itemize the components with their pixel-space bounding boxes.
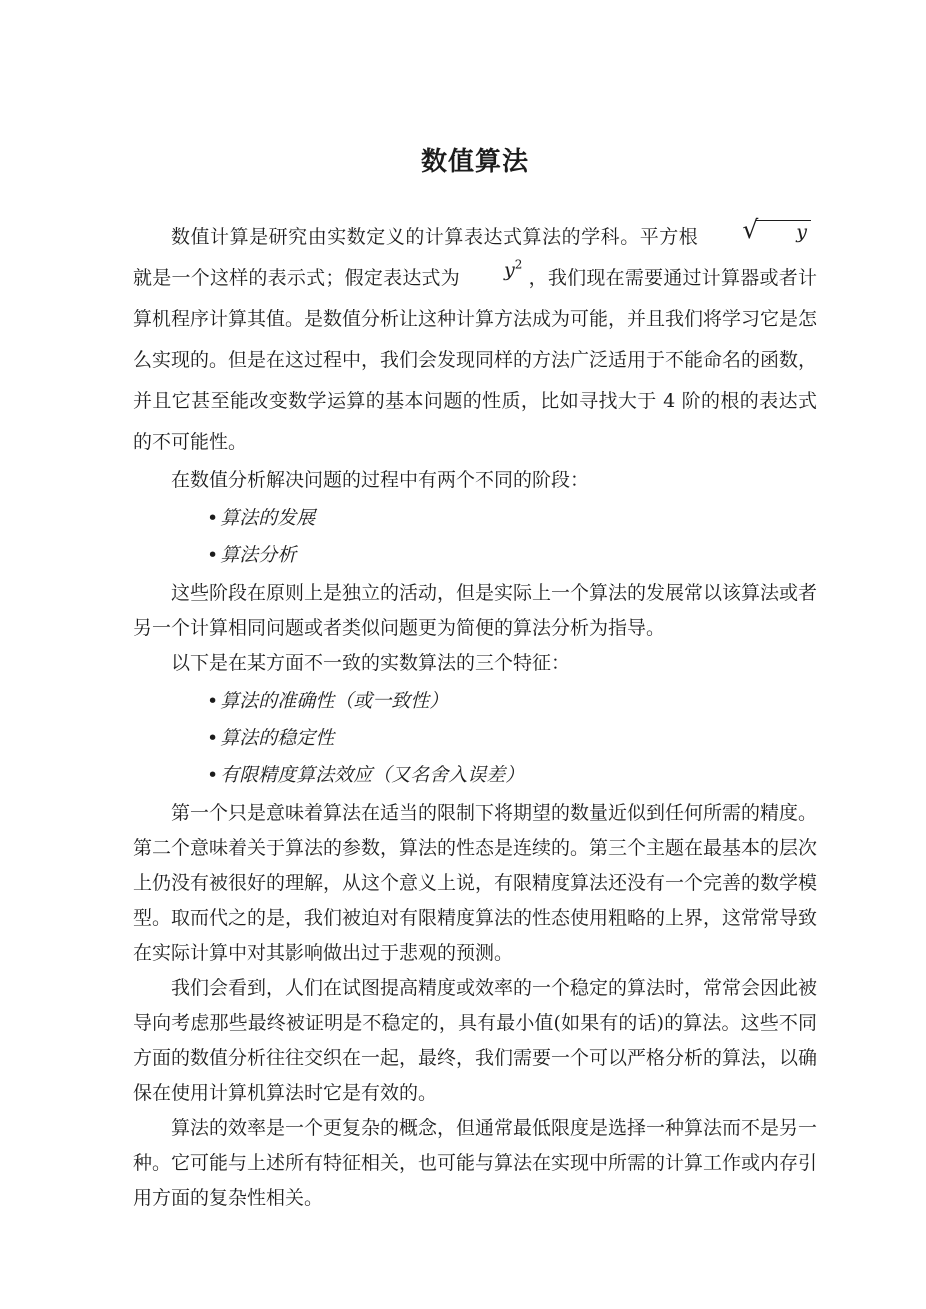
paragraph-intro: 数值计算是研究由实数定义的计算表达式算法的学科。平方根√y就是一个这样的表示式；… <box>133 214 817 463</box>
radicand: y <box>756 220 811 243</box>
document-page: 数值算法 数值计算是研究由实数定义的计算表达式算法的学科。平方根√y就是一个这样… <box>0 0 926 1309</box>
bullet-icon: • <box>207 764 218 786</box>
paragraph-features-explain: 第一个只是意味着算法在适当的限制下将期望的数量近似到任何所需的精度。第二个意味着… <box>133 796 817 971</box>
bullet-icon: • <box>207 690 218 712</box>
paragraph-stability: 我们会看到，人们在试图提高精度或效率的一个稳定的算法时，常常会因此被导向考虑那些… <box>133 971 817 1111</box>
text-segment: ，我们现在需要通过计算器或者计算机程序计算其值。是数值分析让这种计算方法成为可能… <box>133 267 817 453</box>
bullet-icon: • <box>207 507 218 529</box>
radical-sign: √ <box>742 215 756 244</box>
list-item: •算法分析 <box>133 537 817 574</box>
paragraph-stages-lead: 在数值分析解决问题的过程中有两个不同的阶段： <box>133 463 817 498</box>
sqrt-y-formula: √y <box>704 209 811 253</box>
list-item: •有限精度算法效应（又名舍入误差） <box>133 757 817 794</box>
page-title: 数值算法 <box>133 146 817 178</box>
paragraph-features-lead: 以下是在某方面不一致的实数算法的三个特征： <box>133 646 817 681</box>
document-content: 数值算法 数值计算是研究由实数定义的计算表达式算法的学科。平方根√y就是一个这样… <box>133 146 817 1216</box>
bullet-text: 算法的准确性（或一致性） <box>220 690 448 712</box>
list-item: •算法的稳定性 <box>133 720 817 757</box>
paragraph-efficiency: 算法的效率是一个更复杂的概念，但通常最低限度是选择一种算法而不是另一种。它可能与… <box>133 1111 817 1216</box>
bullet-text: 算法的稳定性 <box>220 727 334 749</box>
text-segment: 数值计算是研究由实数定义的计算表达式算法的学科。平方根 <box>171 226 698 248</box>
power-exponent: 2 <box>515 258 523 272</box>
bullet-text: 算法的发展 <box>220 507 315 529</box>
bullet-icon: • <box>207 544 218 566</box>
power-base: y <box>504 259 515 281</box>
paragraph-stages-note: 这些阶段在原则上是独立的活动，但是实际上一个算法的发展常以该算法或者另一个计算相… <box>133 576 817 646</box>
bullet-text: 算法分析 <box>220 544 296 566</box>
y-squared-formula: y2 <box>466 250 522 291</box>
bullet-icon: • <box>207 727 218 749</box>
bullet-list-features: •算法的准确性（或一致性） •算法的稳定性 •有限精度算法效应（又名舍入误差） <box>133 683 817 794</box>
text-segment: 就是一个这样的表示式；假定表达式为 <box>133 267 460 289</box>
bullet-list-stages: •算法的发展 •算法分析 <box>133 500 817 574</box>
bullet-text: 有限精度算法效应（又名舍入误差） <box>220 764 524 786</box>
list-item: •算法的发展 <box>133 500 817 537</box>
list-item: •算法的准确性（或一致性） <box>133 683 817 720</box>
